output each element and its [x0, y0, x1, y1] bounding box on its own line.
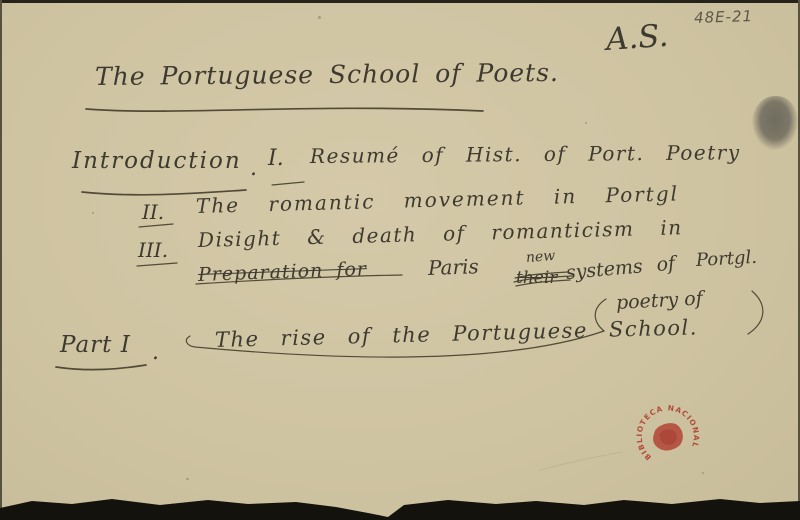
manuscript-page: 48E-21 A.S. The Portuguese School of Poe… — [0, 0, 800, 520]
library-stamp: BIBLIOTECA NACIONAL — [0, 0, 800, 520]
